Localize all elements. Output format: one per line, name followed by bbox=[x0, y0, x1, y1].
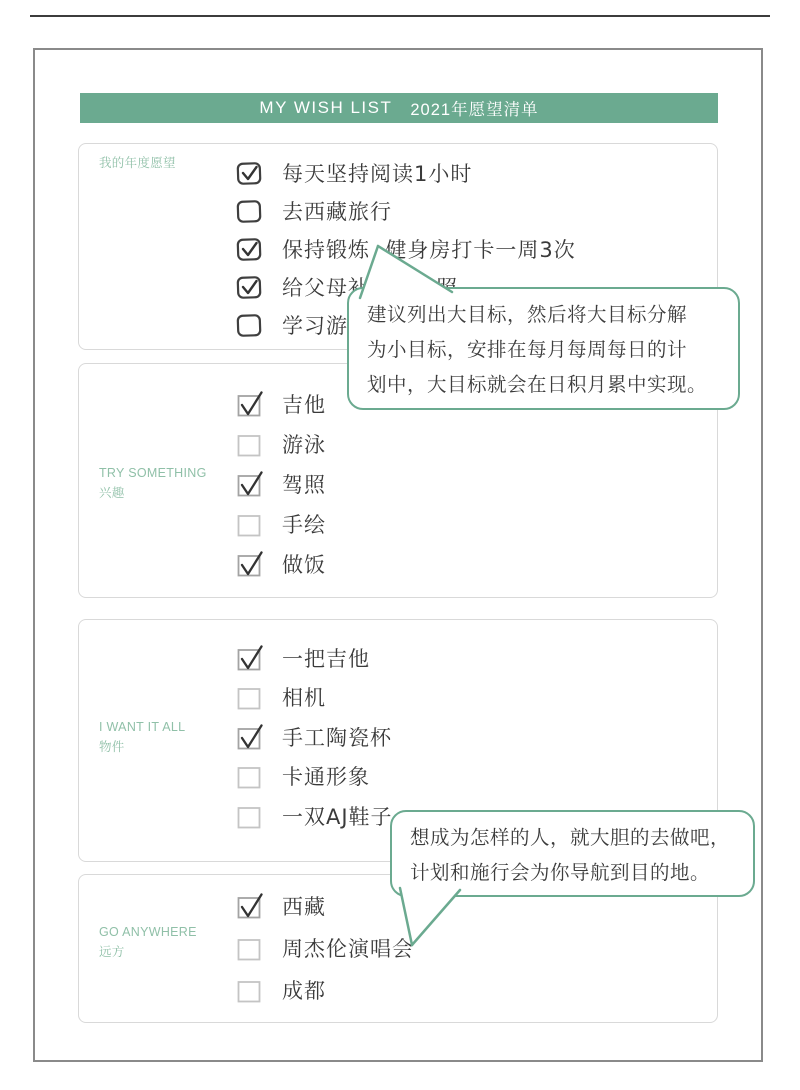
wish-item-text: 吉他 bbox=[282, 389, 326, 419]
checkbox-checked-icon[interactable] bbox=[236, 893, 262, 919]
wish-item-text: 驾照 bbox=[282, 469, 326, 499]
page-title-zh: 2021年愿望清单 bbox=[410, 96, 538, 120]
wish-item-list: 西藏周杰伦演唱会成都 bbox=[236, 885, 707, 1011]
wish-item-text: 手工陶瓷杯 bbox=[282, 722, 392, 752]
wish-item: 相机 bbox=[236, 678, 707, 718]
checkbox-checked-icon[interactable] bbox=[236, 724, 262, 750]
section-label: TRY SOMETHING兴趣 bbox=[99, 463, 207, 503]
checkbox-checked-icon[interactable] bbox=[236, 471, 262, 497]
checkbox-checked-icon[interactable] bbox=[236, 391, 262, 417]
wish-item: 一把吉他 bbox=[236, 638, 707, 678]
wish-item-text: 手绘 bbox=[282, 509, 326, 539]
checkbox-unchecked-icon[interactable] bbox=[236, 763, 262, 789]
wish-item-text: 卡通形象 bbox=[282, 761, 370, 791]
section-label: GO ANYWHERE远方 bbox=[99, 922, 197, 962]
section-label: 我的年度愿望 bbox=[99, 153, 176, 173]
checkbox-checked-icon[interactable] bbox=[236, 236, 262, 262]
wish-item: 去西藏旅行 bbox=[236, 192, 707, 230]
tip-bubble-tail-icon bbox=[350, 238, 465, 306]
wish-item: 卡通形象 bbox=[236, 757, 707, 797]
checkbox-unchecked-icon[interactable] bbox=[236, 803, 262, 829]
checkbox-checked-icon[interactable] bbox=[236, 160, 262, 186]
wish-item-text: 西藏 bbox=[282, 891, 326, 921]
page-title-en: MY WISH LIST bbox=[259, 98, 392, 118]
checkbox-unchecked-icon[interactable] bbox=[236, 935, 262, 961]
checkbox-unchecked-icon[interactable] bbox=[236, 684, 262, 710]
checkbox-checked-icon[interactable] bbox=[236, 274, 262, 300]
wish-item: 手工陶瓷杯 bbox=[236, 717, 707, 757]
tip-line: 为小目标，安排在每月每周每日的计 bbox=[367, 333, 720, 368]
wish-item-list: 吉他游泳驾照手绘做饭 bbox=[236, 384, 707, 584]
tip-bubble-tail-icon bbox=[393, 880, 468, 952]
wish-item-list: 一把吉他相机手工陶瓷杯卡通形象一双AJ鞋子 bbox=[236, 638, 707, 836]
checkbox-unchecked-icon[interactable] bbox=[236, 198, 262, 224]
wish-item-text: 一双AJ鞋子 bbox=[282, 801, 393, 831]
top-rule-line bbox=[30, 15, 770, 17]
checkbox-unchecked-icon[interactable] bbox=[236, 511, 262, 537]
checkbox-unchecked-icon[interactable] bbox=[236, 977, 262, 1003]
wish-item-text: 成都 bbox=[282, 975, 326, 1005]
wish-item-text: 一把吉他 bbox=[282, 643, 370, 673]
wish-item-text: 游泳 bbox=[282, 429, 326, 459]
wish-item-text: 做饭 bbox=[282, 549, 326, 579]
wish-item: 驾照 bbox=[236, 464, 707, 504]
wish-item: 手绘 bbox=[236, 504, 707, 544]
wish-item: 成都 bbox=[236, 969, 707, 1011]
wish-item-text: 去西藏旅行 bbox=[282, 196, 392, 226]
wish-item: 保持锻炼 健身房打卡一周3次 bbox=[236, 230, 707, 268]
wish-item: 游泳 bbox=[236, 424, 707, 464]
wish-item-text: 每天坚持阅读1小时 bbox=[282, 158, 472, 188]
wish-item: 周杰伦演唱会 bbox=[236, 927, 707, 969]
tip-line: 划中，大目标就会在日积月累中实现。 bbox=[367, 368, 720, 403]
checkbox-unchecked-icon[interactable] bbox=[236, 431, 262, 457]
wish-item-text: 相机 bbox=[282, 682, 326, 712]
checkbox-checked-icon[interactable] bbox=[236, 551, 262, 577]
section-label: I WANT IT ALL物件 bbox=[99, 717, 185, 757]
wish-item: 做饭 bbox=[236, 544, 707, 584]
checkbox-unchecked-icon[interactable] bbox=[236, 312, 262, 338]
wish-list-page: MY WISH LIST 2021年愿望清单 我的年度愿望每天坚持阅读1小时去西… bbox=[0, 0, 800, 1090]
checkbox-checked-icon[interactable] bbox=[236, 645, 262, 671]
title-bar: MY WISH LIST 2021年愿望清单 bbox=[80, 93, 718, 123]
tip-line: 想成为怎样的人，就大胆的去做吧， bbox=[410, 821, 735, 856]
wish-item: 每天坚持阅读1小时 bbox=[236, 154, 707, 192]
